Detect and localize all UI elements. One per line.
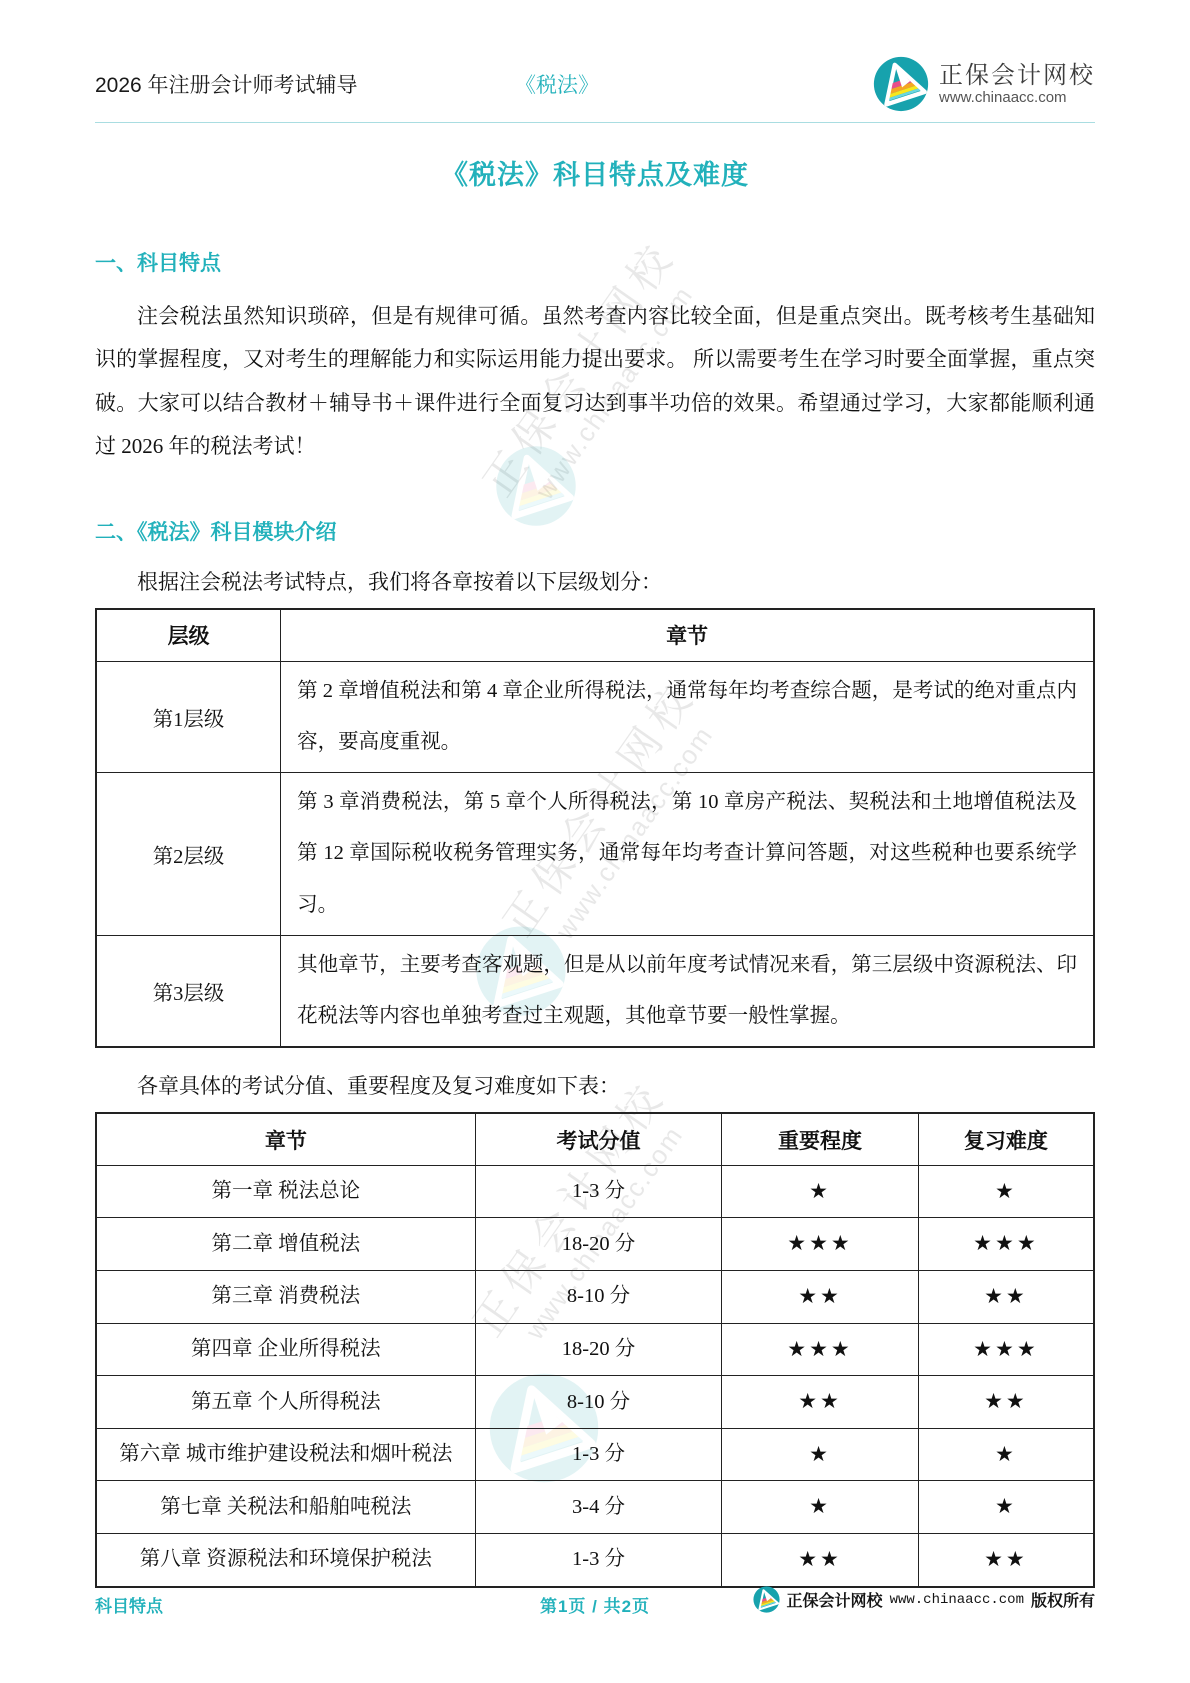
chapter-desc-cell: 第 3 章消费税法，第 5 章个人所得税法，第 10 章房产税法、契税法和土地增… (281, 773, 1094, 936)
importance-stars-cell: ★ (722, 1428, 919, 1481)
brand-text-block: 正保会计网校 www.chinaacc.com (939, 62, 1095, 107)
footer-brand-name: 正保会计网校 (787, 1588, 883, 1611)
level-table-row: 第2层级第 3 章消费税法，第 5 章个人所得税法，第 10 章房产税法、契税法… (96, 773, 1094, 936)
difficulty-stars-cell: ★★ (918, 1270, 1094, 1323)
importance-stars-cell: ★ (722, 1165, 919, 1218)
level-cell: 第1层级 (96, 661, 281, 773)
difficulty-stars-cell: ★ (918, 1481, 1094, 1534)
score-cell: 3-4 分 (475, 1481, 722, 1534)
score-cell: 1-3 分 (475, 1533, 722, 1586)
chapter-cell: 第八章 资源税法和环境保护税法 (96, 1533, 475, 1586)
footer-brand-url: www.chinaacc.com (890, 1592, 1024, 1608)
page-header: 2026 年注册会计师考试辅导 《税法》 正保会计网校 www.chinaacc… (95, 0, 1095, 123)
score-cell: 18-20 分 (475, 1218, 722, 1271)
level-table-header-level: 层级 (96, 609, 281, 661)
chapter-cell: 第五章 个人所得税法 (96, 1376, 475, 1429)
score-table-header-row: 章节 考试分值 重要程度 复习难度 (96, 1113, 1094, 1165)
difficulty-stars-cell: ★★★ (918, 1218, 1094, 1271)
brand-url: www.chinaacc.com (939, 89, 1095, 106)
section1-paragraph: 注会税法虽然知识琐碎，但是有规律可循。虽然考查内容比较全面，但是重点突出。既考核… (95, 295, 1095, 468)
difficulty-stars-cell: ★ (918, 1428, 1094, 1481)
difficulty-stars-cell: ★★ (918, 1376, 1094, 1429)
footer-copyright: 版权所有 (1031, 1588, 1095, 1611)
score-table-row: 第八章 资源税法和环境保护税法1-3 分★★★★ (96, 1533, 1094, 1586)
level-cell: 第2层级 (96, 773, 281, 936)
score-table-header-score: 考试分值 (475, 1113, 722, 1165)
header-subject: 《税法》 (515, 69, 599, 99)
level-table-row: 第3层级其他章节，主要考查客观题，但是从以前年度考试情况来看，第三层级中资源税法… (96, 935, 1094, 1047)
score-table-row: 第六章 城市维护建设税法和烟叶税法1-3 分★★ (96, 1428, 1094, 1481)
footer-section-label: 科目特点 (95, 1592, 163, 1617)
difficulty-stars-cell: ★★ (918, 1533, 1094, 1586)
level-table-header-chapter: 章节 (281, 609, 1094, 661)
chapter-cell: 第二章 增值税法 (96, 1218, 475, 1271)
score-table-row: 第七章 关税法和船舶吨税法3-4 分★★ (96, 1481, 1094, 1534)
header-course-title: 2026 年注册会计师考试辅导 (95, 69, 515, 99)
chapter-desc-cell: 其他章节，主要考查客观题，但是从以前年度考试情况来看，第三层级中资源税法、印花税… (281, 935, 1094, 1047)
chapter-cell: 第一章 税法总论 (96, 1165, 475, 1218)
document-page: { "header": { "course": "2026 年注册会计师考试辅导… (0, 0, 1190, 1683)
level-table-header-row: 层级 章节 (96, 609, 1094, 661)
section1-heading: 一、科目特点 (95, 247, 1095, 277)
level-table: 层级 章节 第1层级第 2 章增值税法和第 4 章企业所得税法，通常每年均考查综… (95, 608, 1095, 1048)
chinaacc-logo-small-icon (753, 1586, 780, 1613)
chapter-desc-cell: 第 2 章增值税法和第 4 章企业所得税法，通常每年均考查综合题，是考试的绝对重… (281, 661, 1094, 773)
footer-brand-block: 正保会计网校 www.chinaacc.com 版权所有 (753, 1586, 1095, 1613)
score-table-row: 第五章 个人所得税法8-10 分★★★★ (96, 1376, 1094, 1429)
importance-stars-cell: ★★★ (722, 1323, 919, 1376)
chinaacc-logo-icon (873, 56, 929, 112)
footer-page-number: 第1页 / 共2页 (540, 1592, 650, 1617)
importance-stars-cell: ★★★ (722, 1218, 919, 1271)
chapter-cell: 第七章 关税法和船舶吨税法 (96, 1481, 475, 1534)
score-table-header-chapter: 章节 (96, 1113, 475, 1165)
importance-stars-cell: ★★ (722, 1376, 919, 1429)
chapter-cell: 第四章 企业所得税法 (96, 1323, 475, 1376)
score-table-header-importance: 重要程度 (722, 1113, 919, 1165)
page-title: 《税法》科目特点及难度 (95, 153, 1095, 192)
score-table-row: 第二章 增值税法18-20 分★★★★★★ (96, 1218, 1094, 1271)
level-table-row: 第1层级第 2 章增值税法和第 4 章企业所得税法，通常每年均考查综合题，是考试… (96, 661, 1094, 773)
score-table-row: 第一章 税法总论1-3 分★★ (96, 1165, 1094, 1218)
score-cell: 1-3 分 (475, 1428, 722, 1481)
page-footer: 科目特点 第1页 / 共2页 正保会计网校 www.chinaacc.com 版… (95, 1584, 1095, 1624)
score-table-intro: 各章具体的考试分值、重要程度及复习难度如下表： (95, 1070, 1095, 1100)
difficulty-stars-cell: ★★★ (918, 1323, 1094, 1376)
section2-intro: 根据注会税法考试特点，我们将各章按着以下层级划分： (95, 566, 1095, 596)
score-cell: 18-20 分 (475, 1323, 722, 1376)
score-cell: 1-3 分 (475, 1165, 722, 1218)
chapter-cell: 第六章 城市维护建设税法和烟叶税法 (96, 1428, 475, 1481)
difficulty-stars-cell: ★ (918, 1165, 1094, 1218)
section2-heading: 二、《税法》科目模块介绍 (95, 516, 1095, 546)
level-cell: 第3层级 (96, 935, 281, 1047)
importance-stars-cell: ★ (722, 1481, 919, 1534)
score-table-row: 第三章 消费税法8-10 分★★★★ (96, 1270, 1094, 1323)
score-table-row: 第四章 企业所得税法18-20 分★★★★★★ (96, 1323, 1094, 1376)
score-table-header-difficulty: 复习难度 (918, 1113, 1094, 1165)
chapter-cell: 第三章 消费税法 (96, 1270, 475, 1323)
score-table: 章节 考试分值 重要程度 复习难度 第一章 税法总论1-3 分★★第二章 增值税… (95, 1112, 1095, 1587)
score-cell: 8-10 分 (475, 1376, 722, 1429)
header-brand: 正保会计网校 www.chinaacc.com (873, 56, 1095, 112)
importance-stars-cell: ★★ (722, 1270, 919, 1323)
brand-name: 正保会计网校 (939, 62, 1095, 90)
importance-stars-cell: ★★ (722, 1533, 919, 1586)
score-cell: 8-10 分 (475, 1270, 722, 1323)
